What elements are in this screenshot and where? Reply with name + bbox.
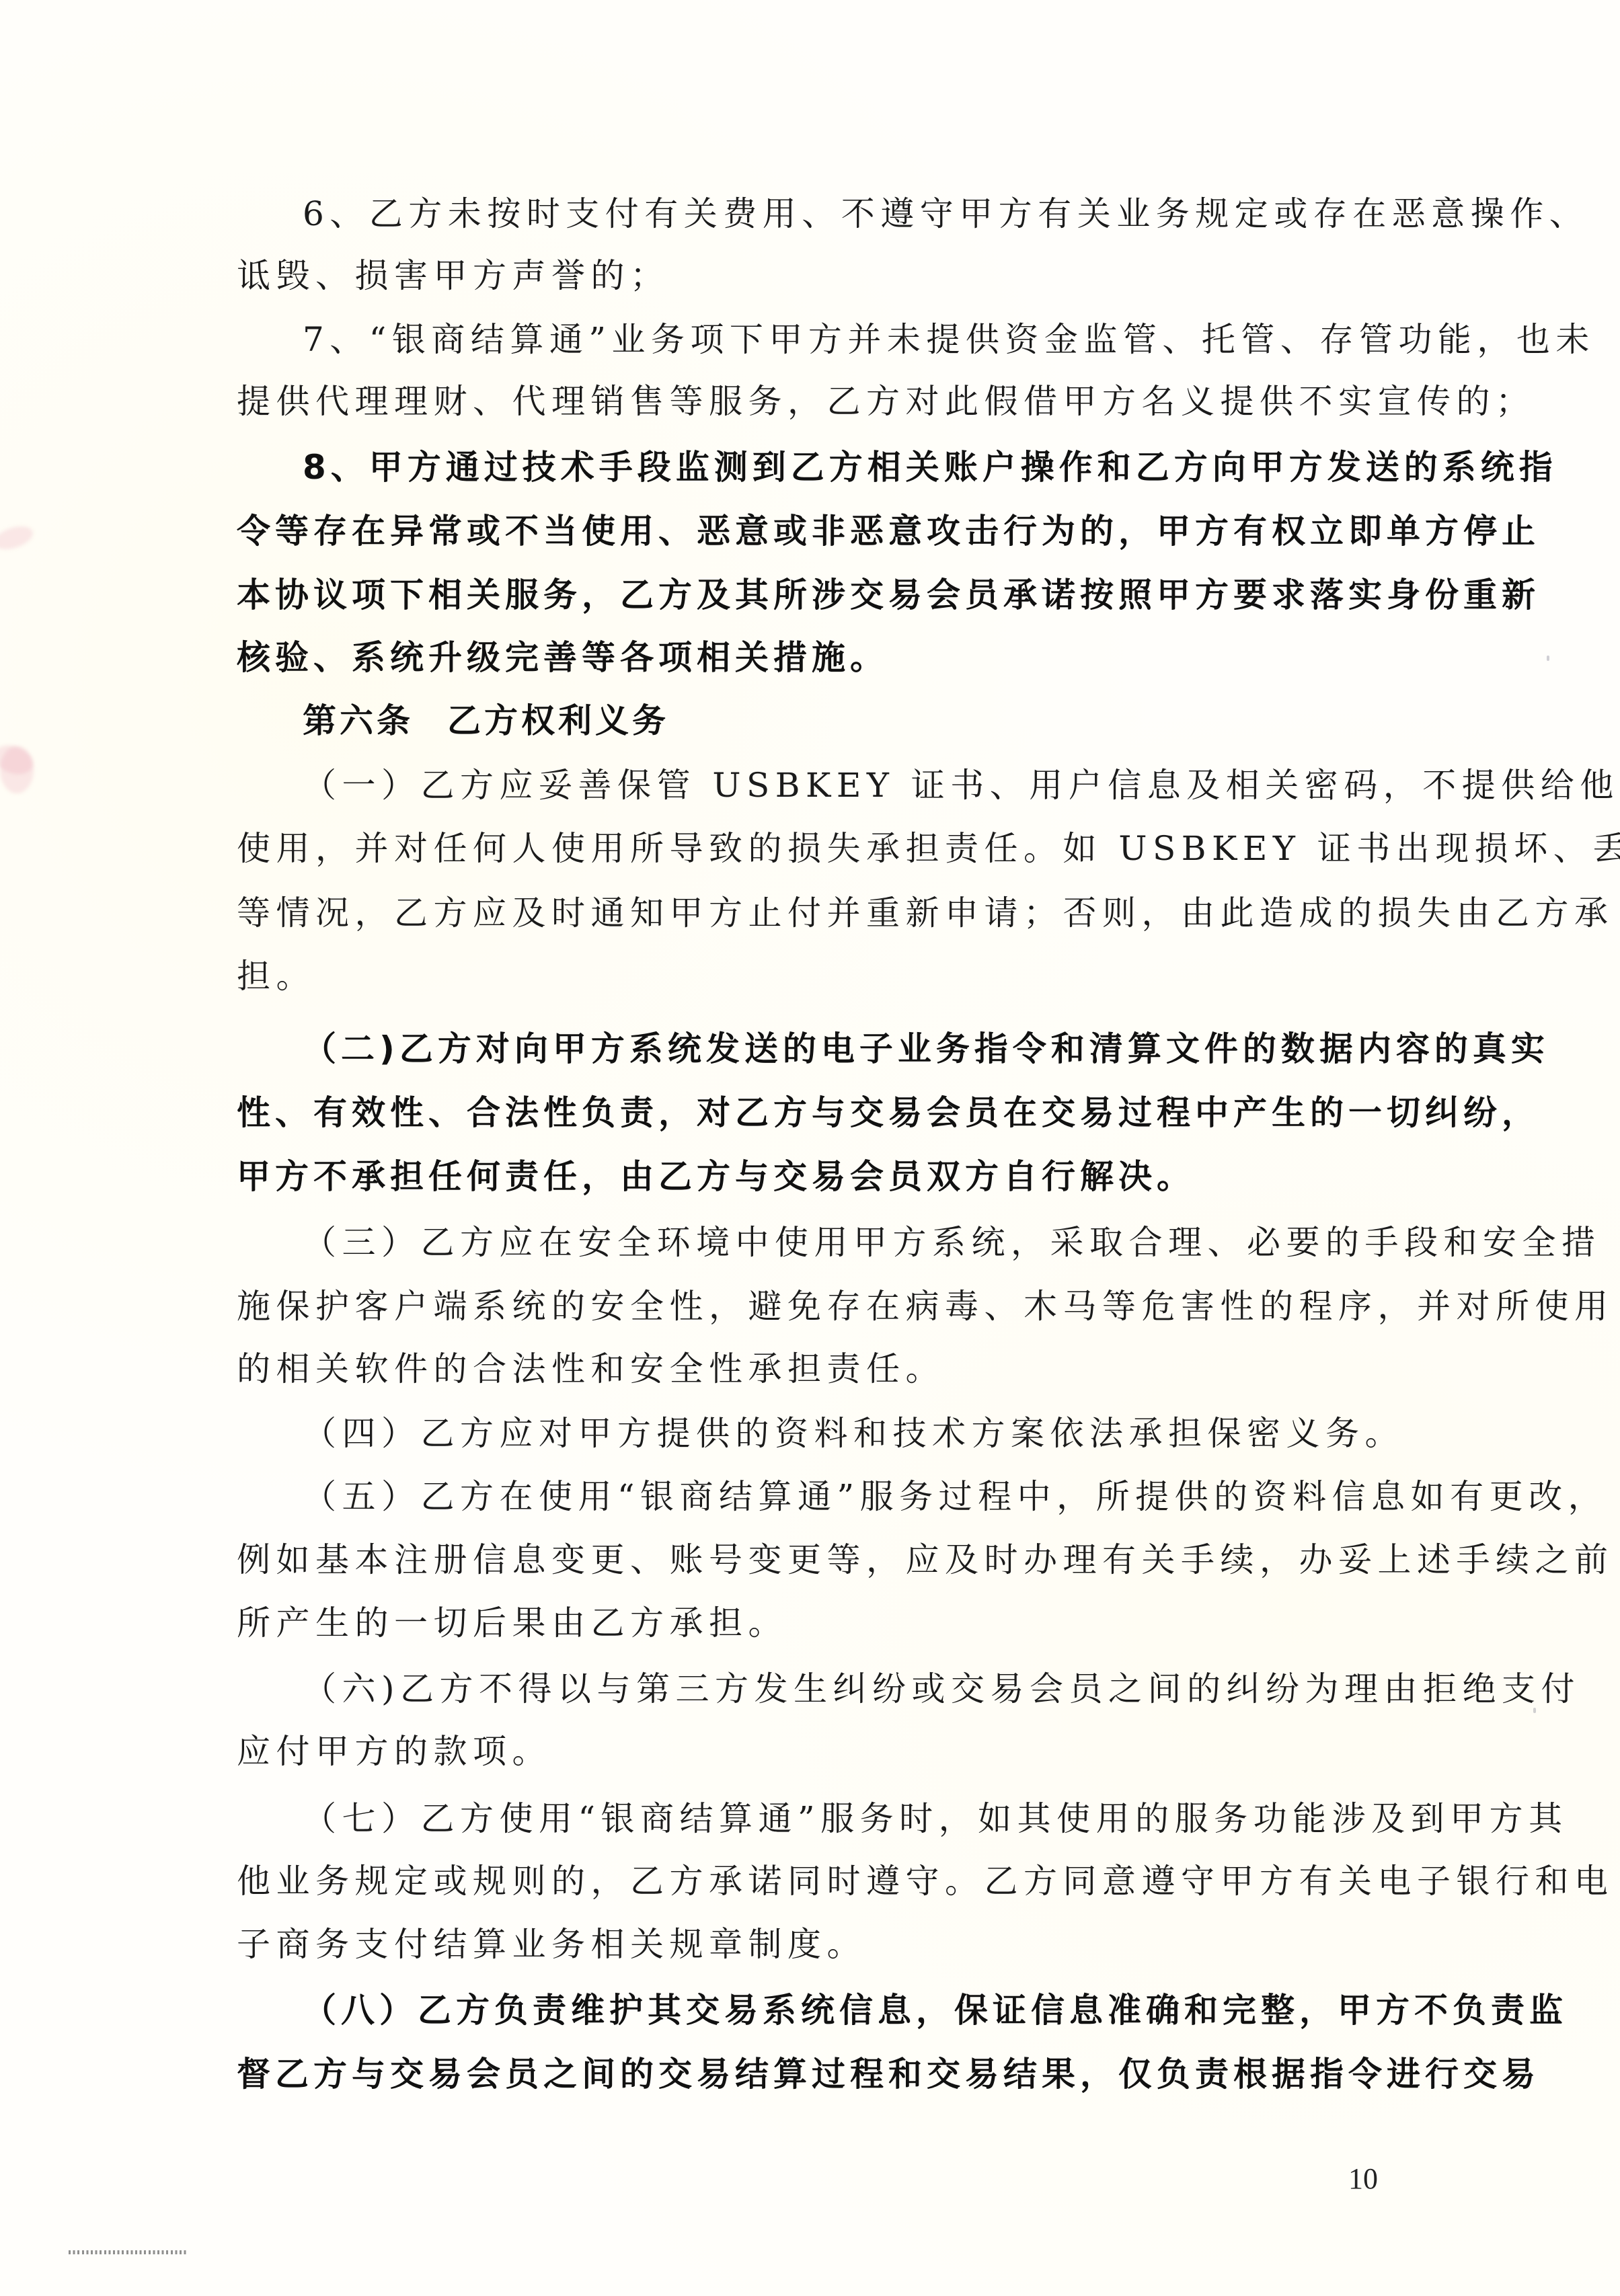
clause-7-line-1: 7、“银商结算通”业务项下甲方并未提供资金监管、托管、存管功能，也未 <box>303 307 1393 372</box>
section-4-line-1: （四）乙方应对甲方提供的资料和技术方案依法承担保密义务。 <box>303 1401 1393 1466</box>
section-3-line-2: 施保护客户端系统的安全性，避免存在病毒、木马等危害性的程序，并对所使用 <box>237 1274 1393 1339</box>
section-1-line-3: 等情况，乙方应及时通知甲方止付并重新申请；否则，由此造成的损失由乙方承 <box>237 881 1393 945</box>
section-2-line-2: 性、有效性、合法性负责，对乙方与交易会员在交易过程中产生的一切纠纷， <box>237 1080 1393 1145</box>
scan-artifact <box>1533 1708 1536 1713</box>
page-number: 10 <box>1348 2162 1378 2196</box>
section-6-line-2: 应付甲方的款项。 <box>237 1719 1393 1784</box>
section-5-line-3: 所产生的一切后果由乙方承担。 <box>237 1591 1393 1655</box>
footer-print-code <box>69 2250 187 2254</box>
section-8-line-1: （八）乙方负责维护其交易系统信息，保证信息准确和完整，甲方不负责监 <box>303 1978 1393 2043</box>
clause-6-line-1: 6、乙方未按时支付有关费用、不遵守甲方有关业务规定或存在恶意操作、 <box>303 182 1393 246</box>
scanned-document-page: 6、乙方未按时支付有关费用、不遵守甲方有关业务规定或存在恶意操作、 诋毁、损害甲… <box>0 0 1620 2296</box>
scan-artifact <box>1547 656 1549 661</box>
section-2-line-1: （二)乙方对向甲方系统发送的电子业务指令和清算文件的数据内容的真实 <box>303 1017 1393 1081</box>
section-2-line-3: 甲方不承担任何责任，由乙方与交易会员双方自行解决。 <box>237 1144 1393 1209</box>
seal-trace <box>0 522 36 553</box>
clause-8-line-2: 令等存在异常或不当使用、恶意或非恶意攻击行为的，甲方有权立即单方停止 <box>237 499 1393 563</box>
article-heading: 第六条乙方权利义务 <box>303 688 669 753</box>
clause-8-line-4: 核验、系统升级完善等各项相关措施。 <box>237 625 1393 690</box>
section-7-line-2: 他业务规定或规则的，乙方承诺同时遵守。乙方同意遵守甲方有关电子银行和电 <box>237 1849 1393 1913</box>
section-7-line-3: 子商务支付结算业务相关规章制度。 <box>237 1912 1393 1977</box>
section-5-line-2: 例如基本注册信息变更、账号变更等，应及时办理有关手续，办妥上述手续之前 <box>237 1528 1393 1592</box>
section-1-line-4: 担。 <box>237 944 1393 1008</box>
section-1-line-1: （一）乙方应妥善保管 USBKEY 证书、用户信息及相关密码，不提供给他人 <box>303 753 1393 818</box>
article-title: 乙方权利义务 <box>447 701 669 740</box>
section-7-line-1: （七）乙方使用“银商结算通”服务时，如其使用的服务功能涉及到甲方其 <box>303 1786 1393 1851</box>
section-5-line-1: （五）乙方在使用“银商结算通”服务过程中，所提供的资料信息如有更改， <box>303 1464 1393 1529</box>
article-number: 第六条 <box>303 701 414 740</box>
section-3-line-1: （三）乙方应在安全环境中使用甲方系统，采取合理、必要的手段和安全措 <box>303 1210 1393 1275</box>
section-3-line-3: 的相关软件的合法性和安全性承担责任。 <box>237 1337 1393 1401</box>
section-8-line-2: 督乙方与交易会员之间的交易结算过程和交易结果，仅负责根据指令进行交易 <box>237 2042 1393 2106</box>
clause-7-line-2: 提供代理理财、代理销售等服务，乙方对此假借甲方名义提供不实宣传的； <box>237 369 1393 434</box>
section-6-line-1: （六)乙方不得以与第三方发生纠纷或交易会员之间的纠纷为理由拒绝支付 <box>303 1657 1393 1721</box>
clause-8-line-1: 8、甲方通过技术手段监测到乙方相关账户操作和乙方向甲方发送的系统指 <box>303 435 1393 500</box>
section-1-line-2: 使用，并对任何人使用所导致的损失承担责任。如 USBKEY 证书出现损坏、丢失 <box>237 816 1393 881</box>
clause-6-line-2: 诋毁、损害甲方声誉的； <box>237 243 1393 308</box>
clause-8-line-3: 本协议项下相关服务，乙方及其所涉交易会员承诺按照甲方要求落实身份重新 <box>237 563 1393 627</box>
